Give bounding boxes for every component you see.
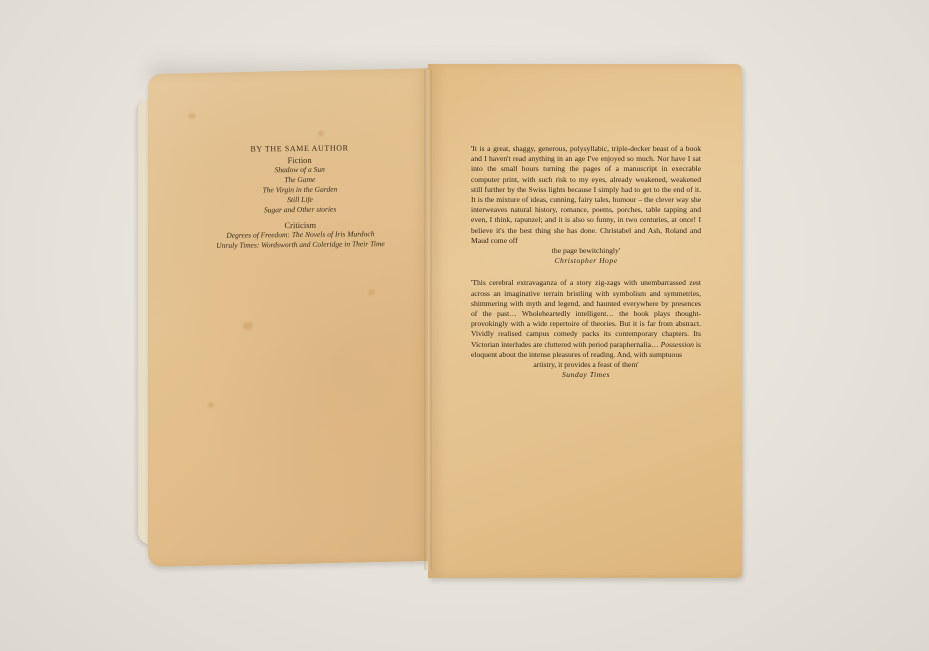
foxing-stain <box>318 130 324 136</box>
book-title-italic: Possession <box>661 340 694 349</box>
review-text: 'This cerebral extravaganza of a story z… <box>471 278 701 360</box>
book-title: Unruly Times: Wordsworth and Coleridge i… <box>200 239 400 251</box>
foxing-stain <box>368 289 375 295</box>
open-book: BY THE SAME AUTHOR Fiction Shadow of a S… <box>0 0 929 651</box>
foxing-stain <box>188 113 196 119</box>
review-quote-2: 'This cerebral extravaganza of a story z… <box>471 278 701 380</box>
review-text: 'It is a great, shaggy, generous, polysy… <box>471 144 701 246</box>
by-same-author-list: BY THE SAME AUTHOR Fiction Shadow of a S… <box>199 143 400 251</box>
review-quotes: 'It is a great, shaggy, generous, polysy… <box>471 144 701 380</box>
foxing-stain <box>243 322 253 330</box>
review-attribution: Christopher Hope <box>471 256 701 266</box>
book-gutter <box>424 70 432 570</box>
review-last-line: artistry, it provides a feast of them' <box>471 360 701 370</box>
review-quote-1: 'It is a great, shaggy, generous, polysy… <box>471 144 701 266</box>
list-heading: BY THE SAME AUTHOR <box>199 143 399 154</box>
review-attribution: Sunday Times <box>471 370 701 380</box>
review-text-part: 'This cerebral extravaganza of a story z… <box>471 278 701 348</box>
foxing-stain <box>208 403 214 408</box>
review-last-line: the page bewitchingly' <box>471 246 701 256</box>
